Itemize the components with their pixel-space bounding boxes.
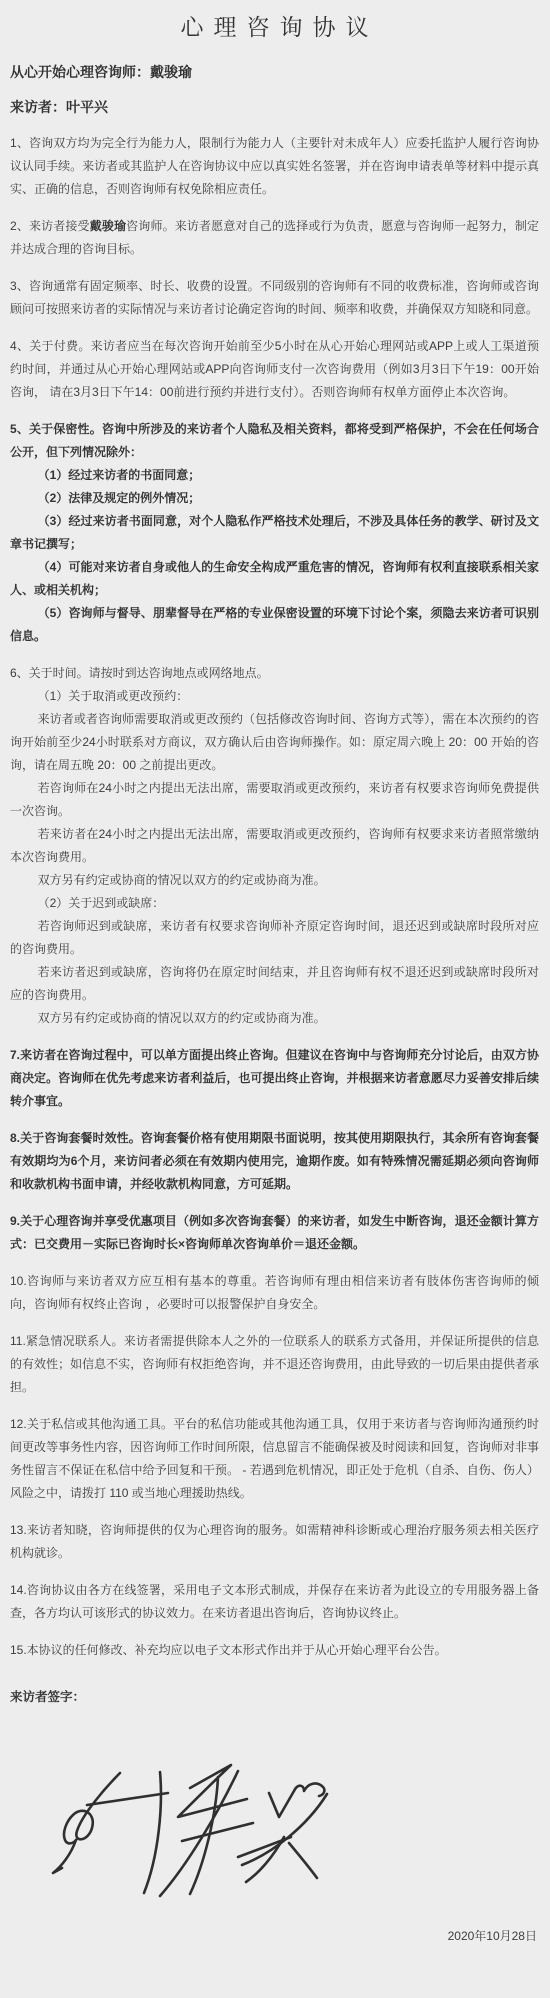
agreement-clause: 1、咨询双方均为完全行为能力人，限制行为能力人（主要针对未成年人）应委托监护人履… <box>10 132 539 201</box>
agreement-clause: （4）可能对来访者自身或他人的生命安全构成严重危害的情况，咨询师有权利直接联系相… <box>10 556 539 602</box>
agreement-clause: 10.咨询师与来访者双方应互相有基本的尊重。若咨询师有理由相信来访者有肢体伤害咨… <box>10 1270 539 1316</box>
clause-text: 9.关于心理咨询并享受优惠项目（例如多次咨询套餐）的来访者，如发生中断咨询，退还… <box>10 1214 539 1251</box>
client-signature-handwriting <box>32 1733 332 1911</box>
signature-date: 2020年10月28日 <box>10 1925 537 1948</box>
clause-text: 13.来访者知晓，咨询师提供的仅为心理咨询的服务。如需精神科诊断或心理治疗服务须… <box>10 1523 539 1560</box>
agreement-clause: 13.来访者知晓，咨询师提供的仅为心理咨询的服务。如需精神科诊断或心理治疗服务须… <box>10 1519 539 1565</box>
agreement-clause: 双方另有约定或协商的情况以双方的约定或协商为准。 <box>10 1007 539 1030</box>
clause-text: （4）可能对来访者自身或他人的生命安全构成严重危害的情况，咨询师有权利直接联系相… <box>10 560 539 597</box>
clause-text: 10.咨询师与来访者双方应互相有基本的尊重。若咨询师有理由相信来访者有肢体伤害咨… <box>10 1274 539 1311</box>
agreement-clause: （2）法律及规定的例外情况； <box>10 487 539 510</box>
clause-text: 5、关于保密性。咨询中所涉及的来访者个人隐私及相关资料，都将受到严格保护，不会在… <box>10 422 539 459</box>
agreement-clause: （2）关于迟到或缺席： <box>10 892 539 915</box>
agreement-clause: 11.紧急情况联系人。来访者需提供除本人之外的一位联系人的联系方式备用，并保证所… <box>10 1330 539 1399</box>
clause-text: 8.关于咨询套餐时效性。咨询套餐价格有使用期限书面说明，按其使用期限执行，其余所… <box>10 1131 539 1191</box>
clause-text: 来访者或者咨询师需要取消或更改预约（包括修改咨询时间、咨询方式等），需在本次预约… <box>10 712 539 772</box>
clause-text: 15.本协议的任何修改、补充均应以电子文本形式作出并于从心开始心理平台公告。 <box>10 1643 447 1657</box>
agreement-clause: 若来访者迟到或缺席，咨询将仍在原定时间结束，并且咨询师有权不退还迟到或缺席时段所… <box>10 961 539 1007</box>
agreement-clause: 若咨询师在24小时之内提出无法出席，需要取消或更改预约，来访者有权要求咨询师免费… <box>10 777 539 823</box>
clause-text: 戴骏瑜 <box>90 219 126 233</box>
agreement-clause: 12.关于私信或其他沟通工具。平台的私信功能或其他沟通工具，仅用于来访者与咨询师… <box>10 1413 539 1505</box>
clause-text: （2）关于迟到或缺席： <box>38 896 165 910</box>
agreement-clause: 5、关于保密性。咨询中所涉及的来访者个人隐私及相关资料，都将受到严格保护，不会在… <box>10 418 539 464</box>
agreement-clause: 2、来访者接受戴骏瑜咨询师。来访者愿意对自己的选择或行为负责，愿意与咨询师一起努… <box>10 215 539 261</box>
signature-label: 来访者签字： <box>10 1686 539 1709</box>
agreement-clause: 若咨询师迟到或缺席，来访者有权要求咨询师补齐原定咨询时间，退还迟到或缺席时段所对… <box>10 915 539 961</box>
clause-text: 7.来访者在咨询过程中，可以单方面提出终止咨询。但建议在咨询中与咨询师充分讨论后… <box>10 1048 539 1108</box>
agreement-clause: 14.咨询协议由各方在线签署，采用电子文本形式制成，并保存在来访者为此设立的专用… <box>10 1579 539 1625</box>
clause-text: 11.紧急情况联系人。来访者需提供除本人之外的一位联系人的联系方式备用，并保证所… <box>10 1334 539 1394</box>
agreement-clause: 3、咨询通常有固定频率、时长、收费的设置。不同级别的咨询师有不同的收费标准，咨询… <box>10 275 539 321</box>
clause-text: 2、来访者接受 <box>10 219 90 233</box>
clause-text: （1）经过来访者的书面同意； <box>38 468 201 482</box>
clause-text: 若咨询师在24小时之内提出无法出席，需要取消或更改预约，来访者有权要求咨询师免费… <box>10 781 539 818</box>
clause-text: （3）经过来访者书面同意，对个人隐私作严格技术处理后，不涉及具体任务的教学、研讨… <box>10 514 539 551</box>
agreement-clause: 来访者或者咨询师需要取消或更改预约（包括修改咨询时间、咨询方式等），需在本次预约… <box>10 708 539 777</box>
clause-text: 14.咨询协议由各方在线签署，采用电子文本形式制成，并保存在来访者为此设立的专用… <box>10 1583 539 1620</box>
clause-text: 若来访者在24小时之内提出无法出席，需要取消或更改预约，咨询师有权要求来访者照常… <box>10 827 539 864</box>
clause-text: 12.关于私信或其他沟通工具。平台的私信功能或其他沟通工具，仅用于来访者与咨询师… <box>10 1417 539 1500</box>
clause-text: 双方另有约定或协商的情况以双方的约定或协商为准。 <box>38 873 326 887</box>
clause-text: 若咨询师迟到或缺席，来访者有权要求咨询师补齐原定咨询时间，退还迟到或缺席时段所对… <box>10 919 539 956</box>
counselor-name-line: 从心开始心理咨询师：戴骏瑜 <box>10 62 539 82</box>
clause-text: （1）关于取消或更改预约： <box>38 689 189 703</box>
agreement-clause: （3）经过来访者书面同意，对个人隐私作严格技术处理后，不涉及具体任务的教学、研讨… <box>10 510 539 556</box>
agreement-clause: 9.关于心理咨询并享受优惠项目（例如多次咨询套餐）的来访者，如发生中断咨询，退还… <box>10 1210 539 1256</box>
clause-text: （2）法律及规定的例外情况； <box>38 491 201 505</box>
agreement-clause: 15.本协议的任何修改、补充均应以电子文本形式作出并于从心开始心理平台公告。 <box>10 1639 539 1662</box>
agreement-clause: 6、关于时间。请按时到达咨询地点或网络地点。 <box>10 662 539 685</box>
agreement-body: 1、咨询双方均为完全行为能力人，限制行为能力人（主要针对未成年人）应委托监护人履… <box>10 132 539 1662</box>
clause-text: 4、关于付费。来访者应当在每次咨询开始前至少5小时在从心开始心理网站或APP上或… <box>10 339 539 399</box>
agreement-clause: 双方另有约定或协商的情况以双方的约定或协商为准。 <box>10 869 539 892</box>
document-title: 心理咨询协议 <box>10 12 539 42</box>
agreement-clause: 4、关于付费。来访者应当在每次咨询开始前至少5小时在从心开始心理网站或APP上或… <box>10 335 539 404</box>
agreement-clause: 8.关于咨询套餐时效性。咨询套餐价格有使用期限书面说明，按其使用期限执行，其余所… <box>10 1127 539 1196</box>
clause-text: 双方另有约定或协商的情况以双方的约定或协商为准。 <box>38 1011 326 1025</box>
clause-text: （5）咨询师与督导、朋辈督导在严格的专业保密设置的环境下讨论个案，须隐去来访者可… <box>10 606 539 643</box>
agreement-clause: （1）关于取消或更改预约： <box>10 685 539 708</box>
agreement-page: { "colors": { "page_background": "#edede… <box>0 0 550 1998</box>
client-name-line: 来访者：叶平兴 <box>10 97 539 117</box>
clause-text: 3、咨询通常有固定频率、时长、收费的设置。不同级别的咨询师有不同的收费标准，咨询… <box>10 279 539 316</box>
agreement-clause: 若来访者在24小时之内提出无法出席，需要取消或更改预约，咨询师有权要求来访者照常… <box>10 823 539 869</box>
clause-text: 1、咨询双方均为完全行为能力人，限制行为能力人（主要针对未成年人）应委托监护人履… <box>10 136 539 196</box>
agreement-clause: （1）经过来访者的书面同意； <box>10 464 539 487</box>
agreement-clause: 7.来访者在咨询过程中，可以单方面提出终止咨询。但建议在咨询中与咨询师充分讨论后… <box>10 1044 539 1113</box>
clause-text: 若来访者迟到或缺席，咨询将仍在原定时间结束，并且咨询师有权不退还迟到或缺席时段所… <box>10 965 539 1002</box>
agreement-clause: （5）咨询师与督导、朋辈督导在严格的专业保密设置的环境下讨论个案，须隐去来访者可… <box>10 602 539 648</box>
clause-text: 6、关于时间。请按时到达咨询地点或网络地点。 <box>10 666 269 680</box>
